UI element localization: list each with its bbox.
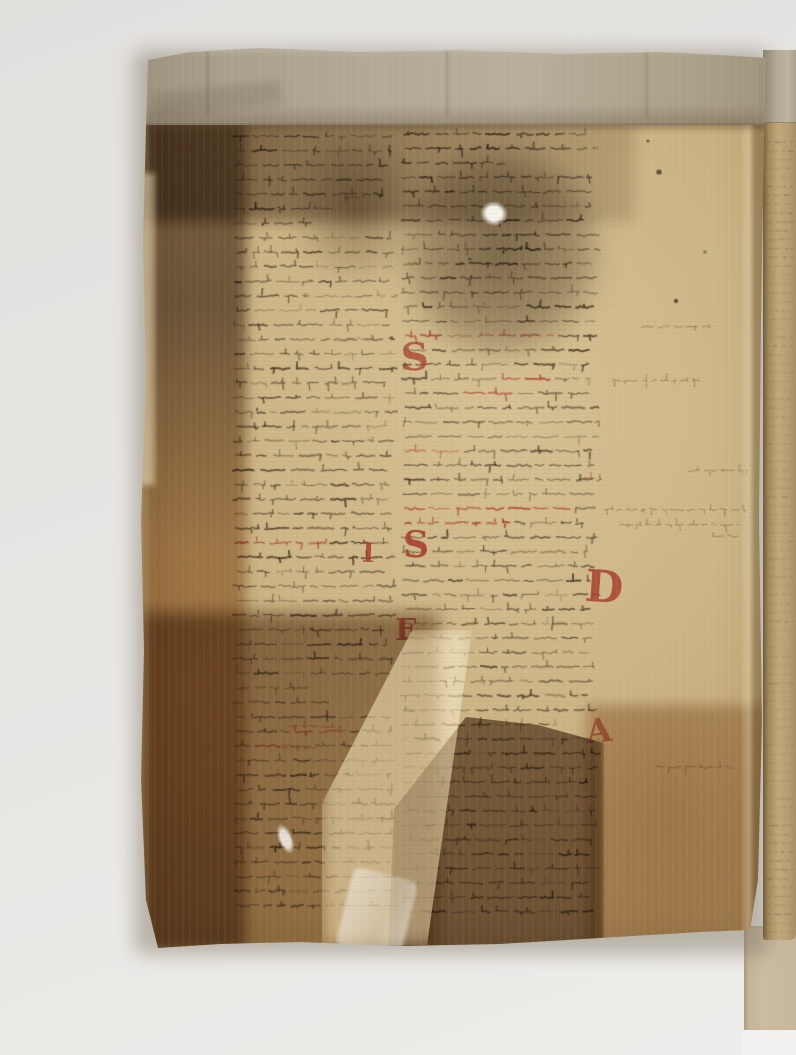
conjoint-strip-showthrough xyxy=(763,50,796,940)
turnover-crease xyxy=(446,51,449,117)
support-white-sheet xyxy=(742,1030,796,1055)
photo-stage: SSDFIA xyxy=(0,0,796,1055)
turnover-fold-mark xyxy=(151,80,283,117)
conjoint-strip-turnover xyxy=(763,50,796,123)
marginalia-layer xyxy=(140,45,766,950)
conjoint-leaf-strip xyxy=(763,50,796,940)
manuscript-leaf: SSDFIA xyxy=(140,45,766,950)
turnover-crease xyxy=(645,51,648,117)
turnover-fold xyxy=(140,45,766,125)
